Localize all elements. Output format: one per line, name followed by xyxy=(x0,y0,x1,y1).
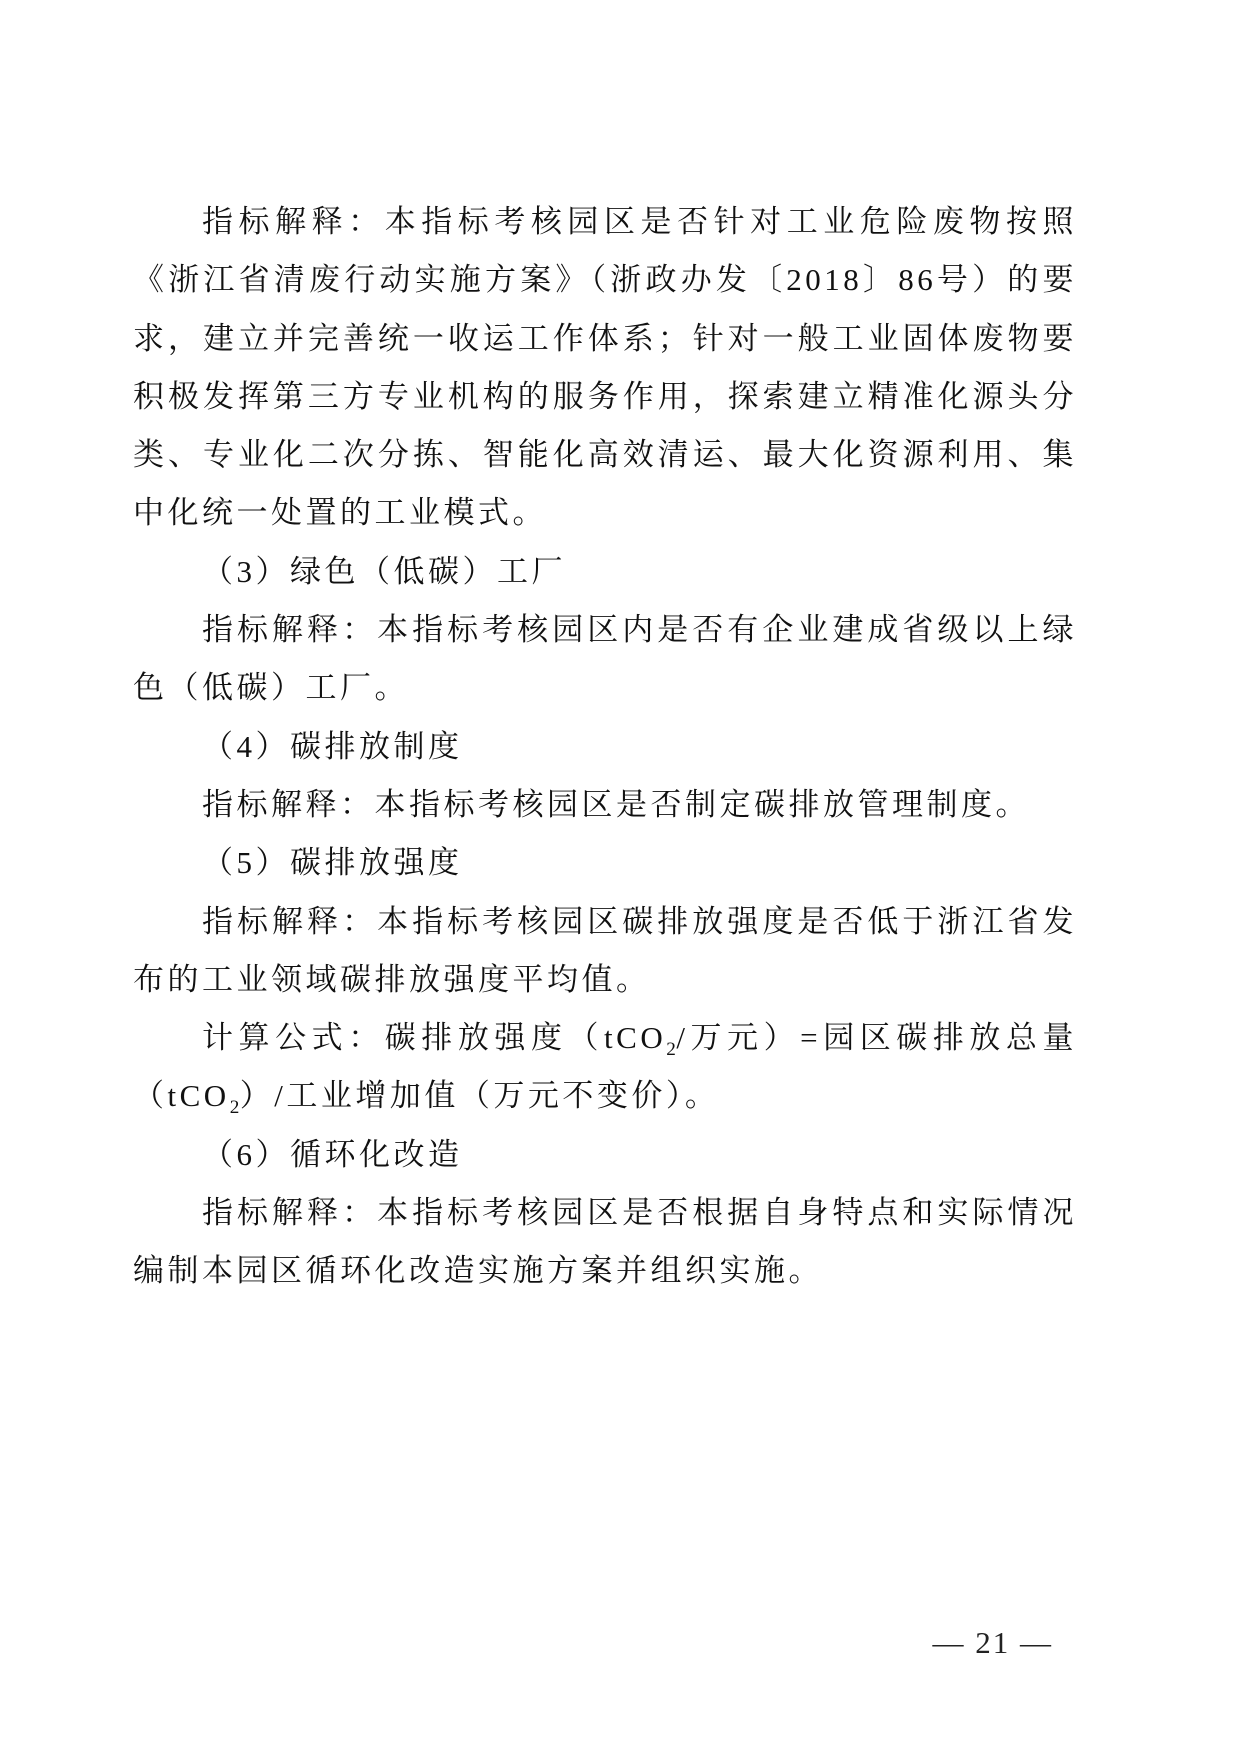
heading-item-5-carbon-intensity: （5）碳排放强度 xyxy=(133,834,1077,892)
paragraph-hazardous-waste-explanation: 指标解释：本指标考核园区是否针对工业危险废物按照《浙江省清废行动实施方案》（浙政… xyxy=(133,193,1077,543)
paragraph-green-factory-explanation: 指标解释：本指标考核园区内是否有企业建成省级以上绿色（低碳）工厂。 xyxy=(133,601,1077,718)
page-number: — 21 — xyxy=(933,1625,1054,1660)
formula-prefix: 计算公式：碳排放强度（tCO xyxy=(202,1020,666,1055)
heading-item-3-green-factory: （3）绿色（低碳）工厂 xyxy=(133,543,1077,601)
heading-item-6-circular-transformation: （6）循环化改造 xyxy=(133,1126,1077,1184)
paragraph-carbon-system-explanation: 指标解释：本指标考核园区是否制定碳排放管理制度。 xyxy=(133,776,1077,834)
paragraph-carbon-intensity-formula: 计算公式：碳排放强度（tCO2/万元）=园区碳排放总量（tCO2）/工业增加值（… xyxy=(133,1009,1077,1126)
document-body: 指标解释：本指标考核园区是否针对工业危险废物按照《浙江省清废行动实施方案》（浙政… xyxy=(133,193,1077,1301)
page-footer: — 21 — xyxy=(933,1622,1054,1664)
paragraph-carbon-intensity-explanation: 指标解释：本指标考核园区碳排放强度是否低于浙江省发布的工业领域碳排放强度平均值。 xyxy=(133,893,1077,1010)
heading-item-4-carbon-emission-system: （4）碳排放制度 xyxy=(133,718,1077,776)
formula-subscript: 2 xyxy=(666,1039,676,1060)
paragraph-circular-transformation-explanation: 指标解释：本指标考核园区是否根据自身特点和实际情况编制本园区循环化改造实施方案并… xyxy=(133,1184,1077,1301)
document-page: 指标解释：本指标考核园区是否针对工业危险废物按照《浙江省清废行动实施方案》（浙政… xyxy=(0,0,1240,1753)
formula-suffix: ）/工业增加值（万元不变价）。 xyxy=(240,1078,720,1113)
formula-subscript: 2 xyxy=(230,1098,240,1119)
